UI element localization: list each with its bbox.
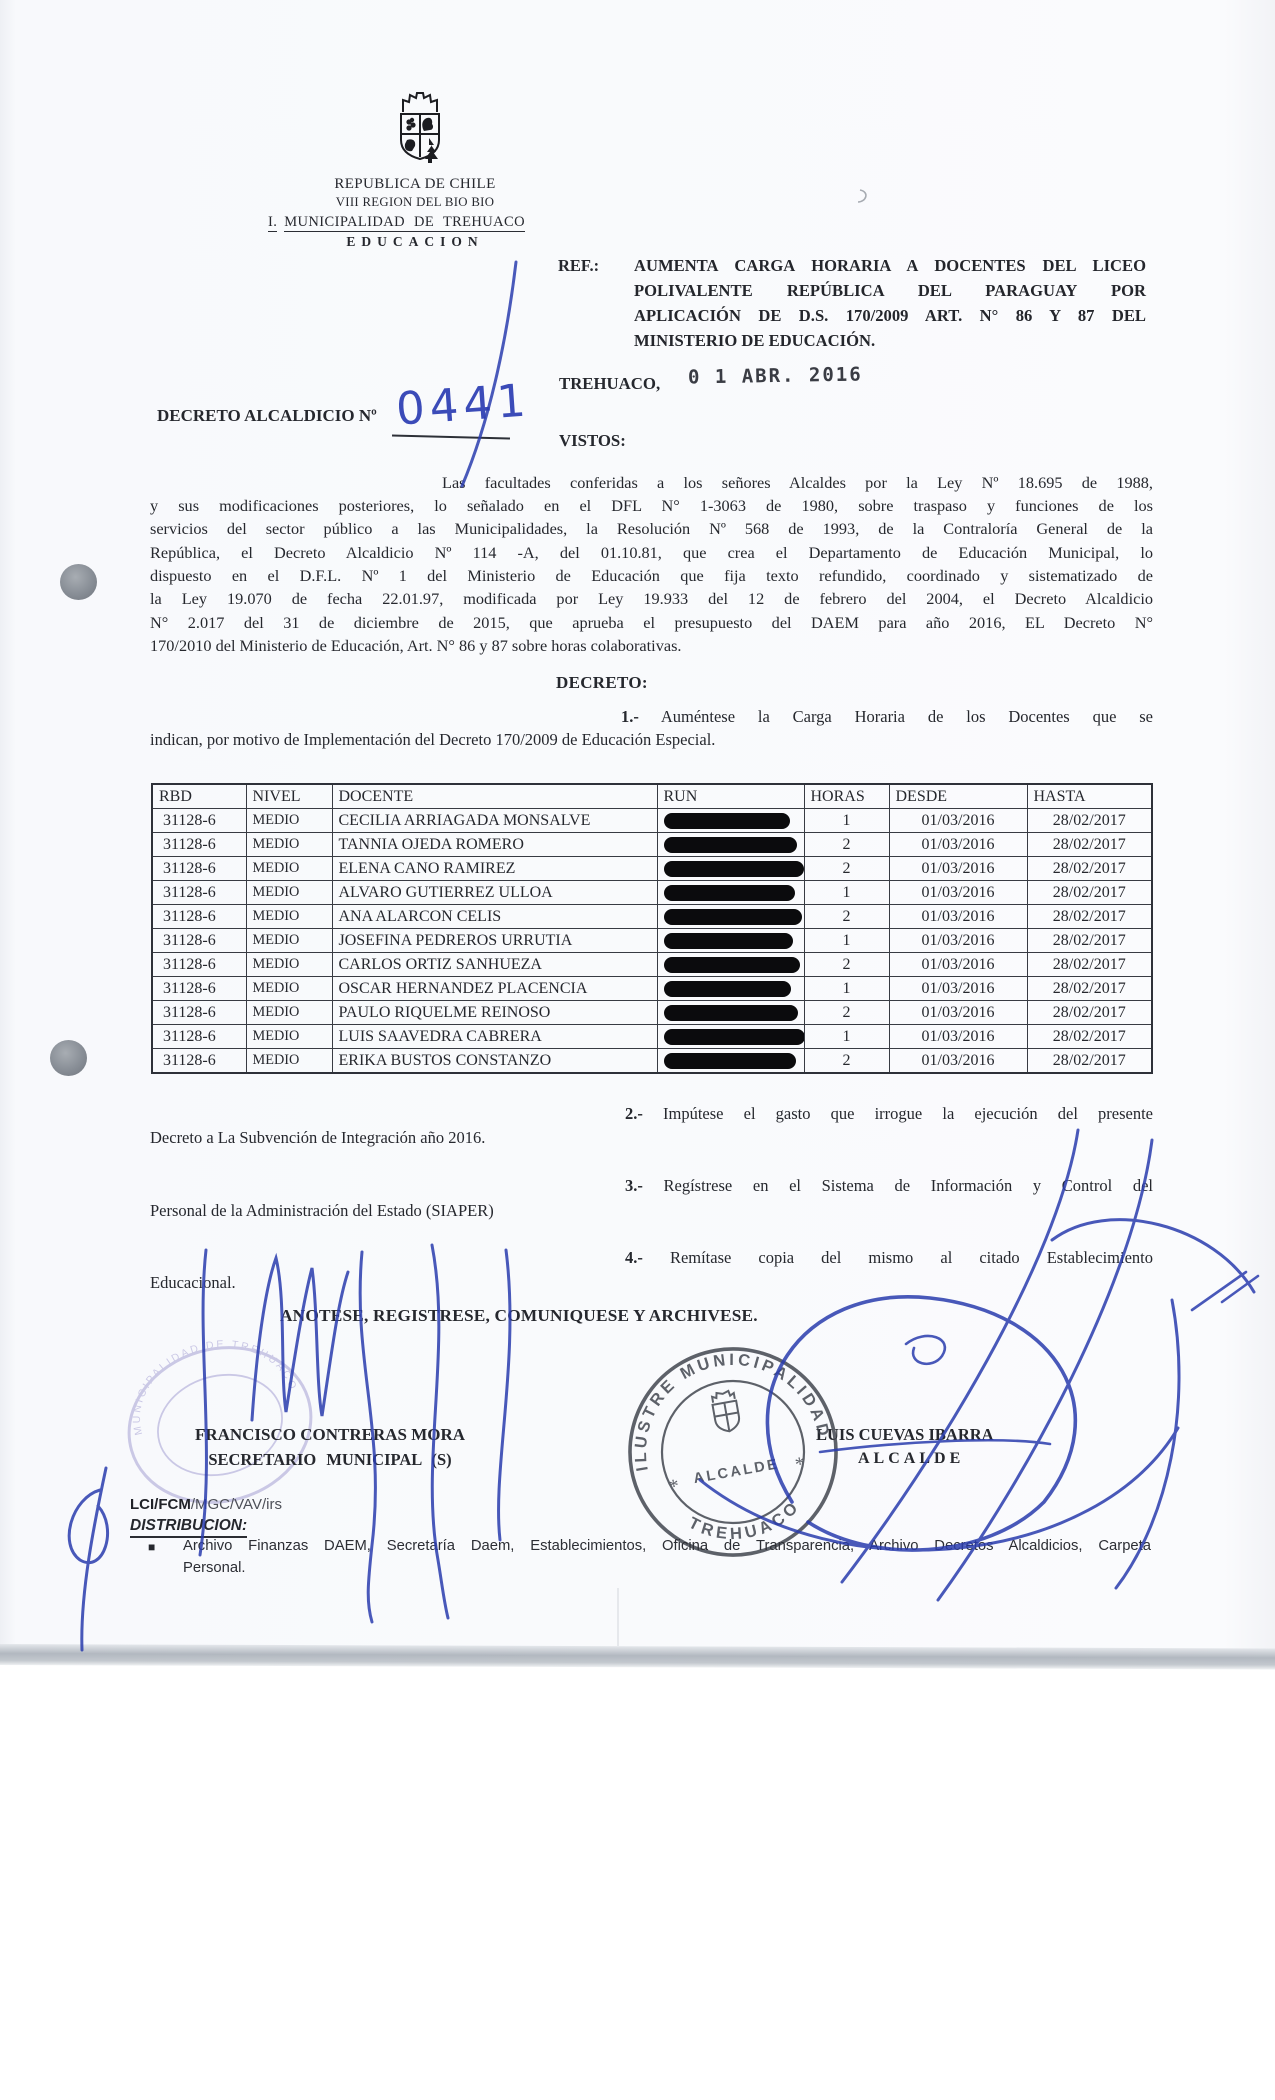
decree-number-handwritten: 0441 — [394, 373, 532, 435]
header-country: REPUBLICA DE CHILE — [265, 176, 565, 193]
cell-hasta: 28/02/2017 — [1027, 1025, 1152, 1049]
table-header-cell: NIVEL — [246, 784, 332, 809]
ref-label: REF.: — [558, 256, 599, 276]
cell-horas: 1 — [804, 929, 889, 953]
initials-rest: /MGC/VAV/irs — [191, 1496, 282, 1513]
redacted-run-bar — [664, 933, 793, 949]
cell-docente: ANA ALARCON CELIS — [332, 905, 657, 929]
cell-docente: ELENA CANO RAMIREZ — [332, 857, 657, 881]
cell-horas: 1 — [804, 881, 889, 905]
vistos-line: Las facultades conferidas a los señores … — [150, 473, 1153, 493]
cell-rbd: 31128-6 — [152, 905, 246, 929]
cell-horas: 1 — [804, 1025, 889, 1049]
cell-rbd: 31128-6 — [152, 953, 246, 977]
cell-docente: ALVARO GUTIERREZ ULLOA — [332, 881, 657, 905]
cell-nivel: MEDIO — [246, 809, 332, 833]
cell-rbd: 31128-6 — [152, 881, 246, 905]
vistos-line: dispuesto en el D.F.L. Nº 1 del Minister… — [150, 566, 1153, 586]
item-line: 2.- Impútese el gasto que irrogue la eje… — [150, 1104, 1153, 1124]
table-header-cell: RUN — [657, 784, 804, 809]
cell-nivel: MEDIO — [246, 881, 332, 905]
redacted-run-bar — [664, 885, 795, 901]
redacted-run-bar — [664, 837, 797, 853]
cell-hasta: 28/02/2017 — [1027, 929, 1152, 953]
distribution-line: Personal. — [183, 1560, 246, 1576]
vistos-line: N° 2.017 del 31 de diciembre de 2015, qu… — [150, 613, 1153, 633]
table-row: 31128-6MEDIOOSCAR HERNANDEZ PLACENCIA101… — [152, 977, 1152, 1001]
cell-horas: 2 — [804, 905, 889, 929]
cell-run — [657, 857, 804, 881]
table-row: 31128-6MEDIOCECILIA ARRIAGADA MONSALVE10… — [152, 809, 1152, 833]
cell-desde: 01/03/2016 — [889, 881, 1027, 905]
item-line: Educacional. — [150, 1273, 1153, 1293]
item-number: 2.- — [625, 1104, 643, 1123]
cell-desde: 01/03/2016 — [889, 1025, 1027, 1049]
cell-horas: 2 — [804, 857, 889, 881]
municipality-name: MUNICIPALIDAD DE TREHUACO — [284, 214, 525, 232]
header-department: EDUCACION — [265, 234, 565, 250]
cell-desde: 01/03/2016 — [889, 1049, 1027, 1074]
cell-horas: 2 — [804, 953, 889, 977]
cell-nivel: MEDIO — [246, 977, 332, 1001]
table-header-cell: DOCENTE — [332, 784, 657, 809]
cell-run — [657, 977, 804, 1001]
date-stamp: 0 1 ABR. 2016 — [688, 363, 863, 388]
table-header-row: RBDNIVELDOCENTERUNHORASDESDEHASTA — [152, 784, 1152, 809]
cell-horas: 2 — [804, 1001, 889, 1025]
stamp-separator: * — [793, 1453, 807, 1476]
cell-desde: 01/03/2016 — [889, 929, 1027, 953]
cell-horas: 2 — [804, 833, 889, 857]
cell-rbd: 31128-6 — [152, 857, 246, 881]
closing-line: ANOTESE, REGISTRESE, COMUNIQUESE Y ARCHI… — [280, 1306, 758, 1326]
header-region: VIII REGION DEL BIO BIO — [265, 195, 565, 210]
cell-run — [657, 809, 804, 833]
table-header-cell: RBD — [152, 784, 246, 809]
cell-run — [657, 833, 804, 857]
cell-hasta: 28/02/2017 — [1027, 953, 1152, 977]
decreto-heading: DECRETO: — [556, 673, 648, 693]
ref-line: AUMENTA CARGA HORARIA A DOCENTES DEL LIC… — [634, 256, 1146, 276]
item-line: 4.- Remítase copia del mismo al citado E… — [150, 1248, 1153, 1268]
faint-stamp-arc-text: MUNICIPALIDAD DE TREHUACO — [115, 1335, 299, 1437]
cell-nivel: MEDIO — [246, 929, 332, 953]
cell-rbd: 31128-6 — [152, 977, 246, 1001]
table-header-cell: HASTA — [1027, 784, 1152, 809]
distribution-bullet: ■ — [148, 1540, 155, 1554]
hole-punch — [50, 1040, 87, 1076]
table-row: 31128-6MEDIOCARLOS ORTIZ SANHUEZA201/03/… — [152, 953, 1152, 977]
redacted-run-bar — [664, 981, 791, 997]
cell-nivel: MEDIO — [246, 953, 332, 977]
vistos-line: la Ley 19.070 de fecha 22.01.97, modific… — [150, 589, 1153, 609]
cell-hasta: 28/02/2017 — [1027, 905, 1152, 929]
cell-hasta: 28/02/2017 — [1027, 809, 1152, 833]
item-line: Personal de la Administración del Estado… — [150, 1201, 1153, 1221]
item-line: 3.- Regístrese en el Sistema de Informac… — [150, 1176, 1153, 1196]
item-number: 1.- — [621, 707, 639, 726]
cell-desde: 01/03/2016 — [889, 857, 1027, 881]
svg-text:MUNICIPALIDAD DE TREHUACO: MUNICIPALIDAD DE TREHUACO — [115, 1335, 299, 1437]
cell-docente: PAULO RIQUELME REINOSO — [332, 1001, 657, 1025]
table-row: 31128-6MEDIOPAULO RIQUELME REINOSO201/03… — [152, 1001, 1152, 1025]
table-row: 31128-6MEDIOALVARO GUTIERREZ ULLOA101/03… — [152, 881, 1152, 905]
cell-nivel: MEDIO — [246, 1001, 332, 1025]
item-line: 1.- Auméntese la Carga Horaria de los Do… — [150, 707, 1153, 727]
cell-rbd: 31128-6 — [152, 1049, 246, 1074]
distribution-line: Archivo Finanzas DAEM, Secretaría Daem, … — [183, 1538, 1151, 1554]
decree-number-label: DECRETO ALCALDICIO Nº — [157, 406, 377, 426]
item-line: indican, por motivo de Implementación de… — [150, 730, 1153, 750]
cell-docente: ERIKA BUSTOS CONSTANZO — [332, 1049, 657, 1074]
redacted-run-bar — [664, 1029, 805, 1045]
table-header-cell: HORAS — [804, 784, 889, 809]
cell-rbd: 31128-6 — [152, 1025, 246, 1049]
vistos-line: 170/2010 del Ministerio de Educación, Ar… — [150, 636, 1153, 656]
cell-hasta: 28/02/2017 — [1027, 833, 1152, 857]
vistos-line: y sus modificaciones posteriores, lo señ… — [150, 496, 1153, 516]
decree-table: RBDNIVELDOCENTERUNHORASDESDEHASTA 31128-… — [151, 783, 1153, 1074]
cell-hasta: 28/02/2017 — [1027, 857, 1152, 881]
alcalde-round-stamp-icon: ILUSTRE MUNICIPALIDAD TREHUACO ALCALDE *… — [613, 1332, 853, 1572]
signature-left-name: FRANCISCO CONTRERAS MORA — [170, 1425, 490, 1445]
cell-rbd: 31128-6 — [152, 833, 246, 857]
stamp-separator: * — [667, 1475, 681, 1498]
decree-number-underline — [392, 434, 510, 439]
redacted-run-bar — [664, 909, 802, 925]
item-text: Remítase copia del mismo al citado Estab… — [670, 1248, 1153, 1267]
table-row: 31128-6MEDIOTANNIA OJEDA ROMERO201/03/20… — [152, 833, 1152, 857]
cell-desde: 01/03/2016 — [889, 1001, 1027, 1025]
redacted-run-bar — [664, 861, 804, 877]
cell-nivel: MEDIO — [246, 857, 332, 881]
page-bottom-edge — [0, 1644, 1275, 1669]
item-text: Impútese el gasto que irrogue la ejecuci… — [663, 1104, 1153, 1123]
cell-nivel: MEDIO — [246, 833, 332, 857]
table-row: 31128-6MEDIOLUIS SAAVEDRA CABRERA101/03/… — [152, 1025, 1152, 1049]
cell-horas: 1 — [804, 809, 889, 833]
redacted-run-bar — [664, 813, 790, 829]
cell-run — [657, 953, 804, 977]
distribution-label: DISTRIBUCION: — [130, 1517, 247, 1538]
cell-run — [657, 1049, 804, 1074]
redacted-run-bar — [664, 1005, 798, 1021]
cell-desde: 01/03/2016 — [889, 953, 1027, 977]
table-row: 31128-6MEDIOERIKA BUSTOS CONSTANZO201/03… — [152, 1049, 1152, 1074]
scanned-decree-document: REPUBLICA DE CHILE VIII REGION DEL BIO B… — [0, 0, 1275, 2100]
cell-hasta: 28/02/2017 — [1027, 881, 1152, 905]
cell-run — [657, 1025, 804, 1049]
vistos-label: VISTOS: — [559, 431, 626, 451]
cell-desde: 01/03/2016 — [889, 977, 1027, 1001]
cell-desde: 01/03/2016 — [889, 809, 1027, 833]
table-row: 31128-6MEDIOELENA CANO RAMIREZ201/03/201… — [152, 857, 1152, 881]
item-text: Auméntese la Carga Horaria de los Docent… — [661, 707, 1153, 726]
cell-rbd: 31128-6 — [152, 1001, 246, 1025]
municipality-prefix: I. — [268, 214, 277, 232]
stamp-center-text: ALCALDE — [692, 1456, 780, 1487]
cell-run — [657, 905, 804, 929]
header-municipality: I.MUNICIPALIDAD DE TREHUACO — [268, 214, 525, 231]
cell-docente: JOSEFINA PEDREROS URRUTIA — [332, 929, 657, 953]
cell-docente: CECILIA ARRIAGADA MONSALVE — [332, 809, 657, 833]
table-header-cell: DESDE — [889, 784, 1027, 809]
cell-nivel: MEDIO — [246, 1049, 332, 1074]
paper-sheet: REPUBLICA DE CHILE VIII REGION DEL BIO B… — [0, 0, 1275, 1652]
paper-crease — [617, 1588, 619, 1646]
hole-punch — [60, 564, 97, 600]
cell-run — [657, 881, 804, 905]
cell-rbd: 31128-6 — [152, 929, 246, 953]
ref-line: APLICACIÓN DE D.S. 170/2009 ART. N° 86 Y… — [634, 306, 1146, 326]
item-number: 4.- — [625, 1248, 643, 1267]
vistos-line: servicios del sector público a las Munic… — [150, 519, 1153, 539]
cell-docente: LUIS SAAVEDRA CABRERA — [332, 1025, 657, 1049]
ref-line: MINISTERIO DE EDUCACIÓN. — [634, 331, 1146, 351]
cell-desde: 01/03/2016 — [889, 833, 1027, 857]
item-line: Decreto a La Subvención de Integración a… — [150, 1128, 1153, 1148]
ref-line: POLIVALENTE REPÚBLICA DEL PARAGUAY POR — [634, 281, 1146, 301]
item-text: Regístrese en el Sistema de Información … — [664, 1176, 1153, 1195]
initials-bold: LCI/FCM — [130, 1496, 191, 1513]
cell-rbd: 31128-6 — [152, 809, 246, 833]
cell-docente: CARLOS ORTIZ SANHUEZA — [332, 953, 657, 977]
place-label: TREHUACO, — [559, 374, 660, 394]
decree-table-body: 31128-6MEDIOCECILIA ARRIAGADA MONSALVE10… — [152, 809, 1152, 1074]
cell-hasta: 28/02/2017 — [1027, 1001, 1152, 1025]
signature-right-title: ALCALDE — [858, 1450, 964, 1468]
signature-left-title: SECRETARIO MUNICIPAL (S) — [170, 1450, 490, 1470]
cell-desde: 01/03/2016 — [889, 905, 1027, 929]
cell-run — [657, 1001, 804, 1025]
cell-nivel: MEDIO — [246, 905, 332, 929]
item-number: 3.- — [625, 1176, 643, 1195]
cell-docente: OSCAR HERNANDEZ PLACENCIA — [332, 977, 657, 1001]
cell-docente: TANNIA OJEDA ROMERO — [332, 833, 657, 857]
cell-horas: 1 — [804, 977, 889, 1001]
table-row: 31128-6MEDIOJOSEFINA PEDREROS URRUTIA101… — [152, 929, 1152, 953]
cell-horas: 2 — [804, 1049, 889, 1074]
coat-of-arms-icon — [388, 90, 450, 178]
cell-hasta: 28/02/2017 — [1027, 1049, 1152, 1074]
vistos-line: República, el Decreto Alcaldicio Nº 114 … — [150, 543, 1153, 563]
cell-nivel: MEDIO — [246, 1025, 332, 1049]
cell-hasta: 28/02/2017 — [1027, 977, 1152, 1001]
redacted-run-bar — [664, 957, 800, 973]
cell-run — [657, 929, 804, 953]
table-row: 31128-6MEDIOANA ALARCON CELIS201/03/2016… — [152, 905, 1152, 929]
redacted-run-bar — [664, 1053, 796, 1069]
footer-initials: LCI/FCM/MGC/VAV/irs — [130, 1496, 282, 1513]
